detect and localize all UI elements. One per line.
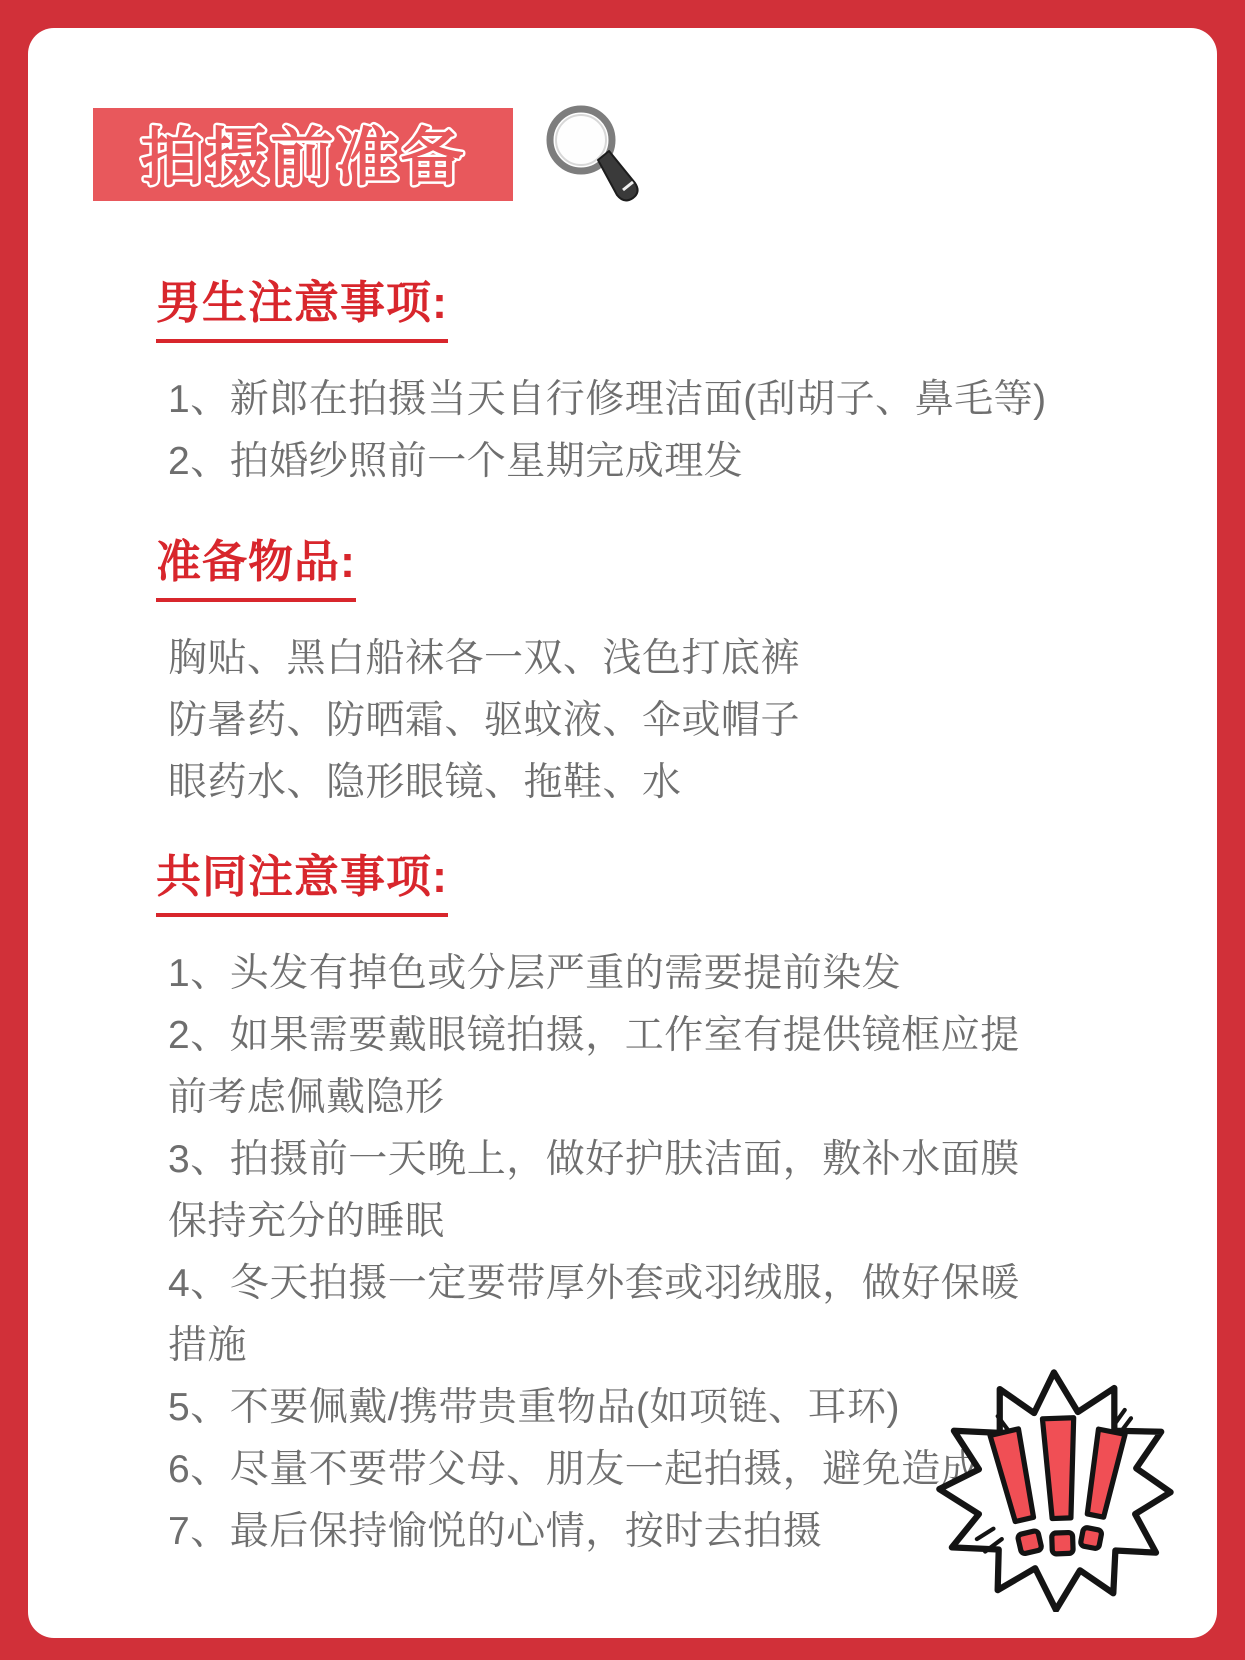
list-line: 3、拍摄前一天晚上，做好护肤洁面，敷补水面膜 xyxy=(168,1129,1167,1191)
list-line: 1、新郎在拍摄当天自行修理洁面(刮胡子、鼻毛等) xyxy=(168,369,1167,431)
section-heading: 共同注意事项: xyxy=(156,840,448,917)
exclamation-burst-icon xyxy=(931,1362,1181,1612)
section-groom-notes: 男生注意事项: 1、新郎在拍摄当天自行修理洁面(刮胡子、鼻毛等) 2、拍婚纱照前… xyxy=(156,266,1167,493)
list-line: 4、冬天拍摄一定要带厚外套或羽绒服，做好保暖 xyxy=(168,1253,1167,1315)
list-line: 防暑药、防晒霜、驱蚊液、伞或帽子 xyxy=(168,690,1167,752)
magnifier-icon xyxy=(537,98,645,210)
list-line: 胸贴、黑白船袜各一双、浅色打底裤 xyxy=(168,628,1167,690)
page-title: 拍摄前准备 xyxy=(141,123,466,193)
list-line: 2、如果需要戴眼镜拍摄，工作室有提供镜框应提 xyxy=(168,1005,1167,1067)
list-line: 保持充分的睡眠 xyxy=(168,1191,1167,1253)
section-heading: 准备物品: xyxy=(156,525,356,602)
section-heading: 男生注意事项: xyxy=(156,266,448,343)
list-line: 2、拍婚纱照前一个星期完成理发 xyxy=(168,431,1167,493)
list-line: 1、头发有掉色或分层严重的需要提前染发 xyxy=(168,943,1167,1005)
poster-page: 拍摄前准备 男生注意事项: 1、新郎在拍摄当天自行修理洁面(刮胡子、鼻毛等) 2… xyxy=(0,0,1245,1660)
list-line: 前考虑佩戴隐形 xyxy=(168,1067,1167,1129)
header: 拍摄前准备 xyxy=(93,98,645,210)
list-line: 眼药水、隐形眼镜、拖鞋、水 xyxy=(168,752,1167,814)
title-banner: 拍摄前准备 xyxy=(93,108,513,201)
content-sheet: 拍摄前准备 男生注意事项: 1、新郎在拍摄当天自行修理洁面(刮胡子、鼻毛等) 2… xyxy=(28,28,1217,1638)
section-items-to-prepare: 准备物品: 胸贴、黑白船袜各一双、浅色打底裤 防暑药、防晒霜、驱蚊液、伞或帽子 … xyxy=(156,525,1167,814)
